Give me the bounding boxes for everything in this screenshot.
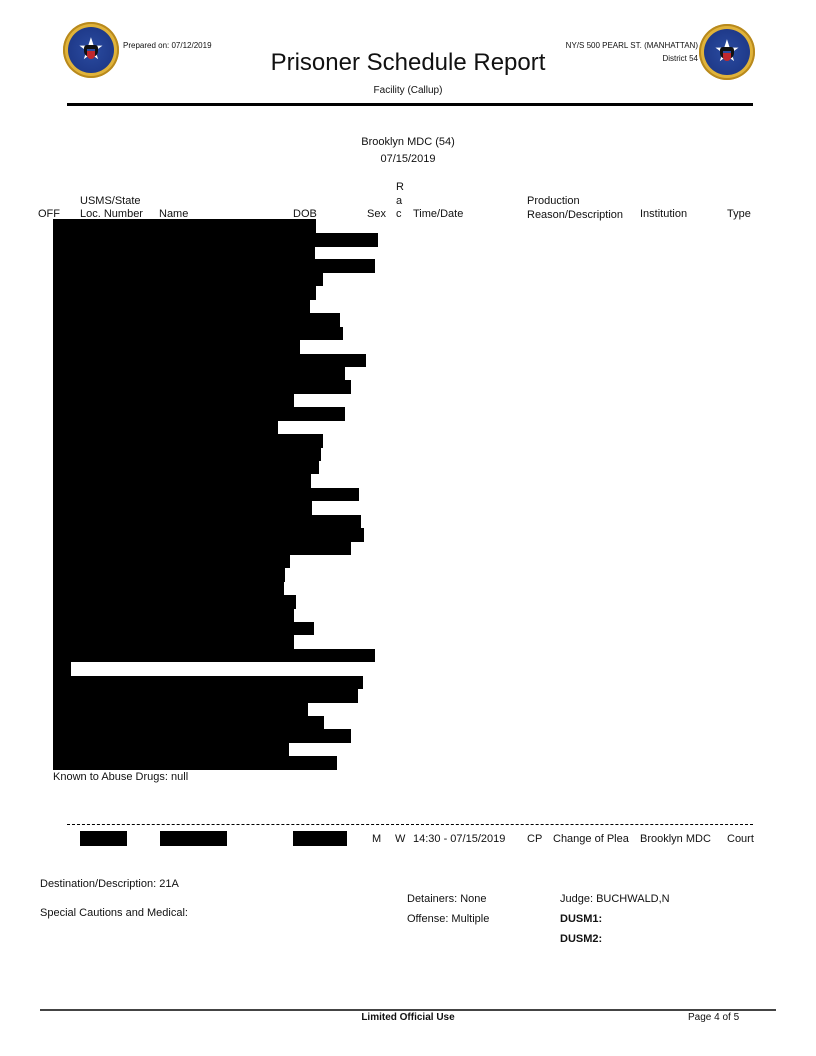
redaction-bar [53, 380, 351, 394]
redaction-bar [53, 461, 319, 474]
redaction-bar [53, 327, 343, 340]
redaction-bar [53, 313, 340, 327]
record-institution: Brooklyn MDC [640, 833, 711, 845]
redacted-usms-number [80, 831, 127, 846]
redaction-bar [53, 555, 290, 568]
redaction-bar [53, 595, 296, 609]
record-reason-code: CP [527, 833, 542, 845]
redaction-bar [53, 582, 284, 595]
facility-name: Brooklyn MDC (54) [0, 136, 816, 148]
redaction-bar [53, 635, 294, 649]
destination: Destination/Description: 21A [40, 878, 179, 890]
page-number: Page 4 of 5 [688, 1012, 739, 1023]
col-time-date: Time/Date [413, 208, 463, 220]
record-race: W [395, 833, 405, 845]
redaction-bar [53, 541, 351, 555]
col-production-line1: Production [527, 195, 580, 207]
header-divider [67, 103, 753, 106]
redaction-bar [53, 219, 316, 233]
offense: Offense: Multiple [407, 913, 489, 925]
redaction-bar [53, 434, 323, 448]
record-reason-desc: Change of Plea [553, 833, 629, 845]
district: District 54 [470, 54, 698, 63]
redaction-bar [53, 608, 294, 622]
col-race-r: R [396, 181, 404, 193]
redaction-bar [53, 259, 375, 273]
redaction-bar [53, 474, 311, 488]
redaction-bar [53, 407, 345, 421]
redaction-bar [53, 367, 345, 381]
redaction-bar [53, 756, 337, 770]
redaction-bar [53, 340, 300, 354]
redaction-bar [53, 743, 289, 756]
col-institution: Institution [640, 208, 687, 220]
col-race-c: c [396, 208, 402, 220]
redacted-dob [293, 831, 347, 846]
redaction-bar [53, 662, 71, 676]
location: NY/S 500 PEARL ST. (MANHATTAN) [470, 41, 698, 50]
redaction-bar [53, 528, 364, 542]
redaction-bar [53, 300, 310, 313]
report-subtitle: Facility (Callup) [0, 85, 816, 96]
redacted-name [160, 831, 227, 846]
record-type: Court [727, 833, 754, 845]
redaction-bar [53, 447, 321, 461]
judge: Judge: BUCHWALD,N [560, 893, 670, 905]
redaction-bar [53, 689, 358, 703]
known-to-abuse-drugs: Known to Abuse Drugs: null [53, 771, 188, 783]
redaction-bar [53, 246, 315, 259]
redaction-bar [53, 515, 361, 528]
col-race-a: a [396, 195, 402, 207]
redaction-bar [53, 233, 378, 247]
redaction-bar [53, 354, 366, 367]
redaction-bar [53, 394, 294, 407]
footer-divider [40, 1009, 776, 1011]
redaction-bar [53, 622, 314, 635]
redaction-bar [53, 568, 285, 582]
redaction-bar [53, 421, 278, 434]
redaction-bar [53, 716, 324, 730]
col-type: Type [727, 208, 751, 220]
record-time-date: 14:30 - 07/15/2019 [413, 833, 505, 845]
redaction-bar [53, 273, 323, 286]
redaction-bar [53, 286, 316, 300]
detainers: Detainers: None [407, 893, 487, 905]
redaction-bar [53, 703, 308, 716]
col-production-line2: Reason/Description [527, 209, 623, 221]
record-divider [67, 824, 753, 825]
record-sex: M [372, 833, 381, 845]
redaction-bar [53, 488, 359, 501]
redaction-bar [53, 649, 375, 662]
dusm1: DUSM1: [560, 913, 602, 925]
special-cautions: Special Cautions and Medical: [40, 907, 188, 919]
redaction-bar [53, 676, 363, 689]
dusm2: DUSM2: [560, 933, 602, 945]
col-sex: Sex [367, 208, 386, 220]
redaction-bar [53, 729, 351, 743]
facility-date: 07/15/2019 [0, 153, 816, 165]
col-usms-line1: USMS/State [80, 195, 141, 207]
redaction-bar [53, 501, 312, 515]
